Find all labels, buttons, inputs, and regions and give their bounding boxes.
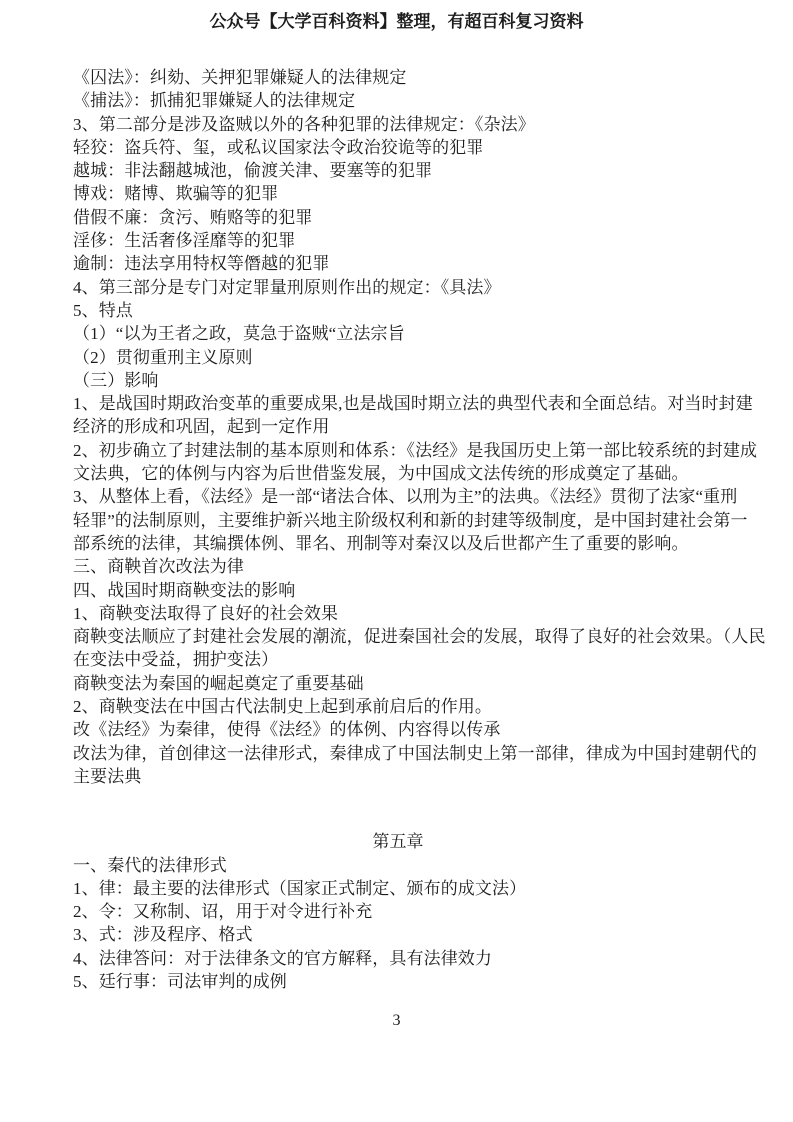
text-line: 商鞅变法为秦国的崛起奠定了重要基础 (73, 672, 723, 695)
text-line: 四、战国时期商鞅变法的影响 (73, 579, 723, 602)
text-line: 文法典，它的体例与内容为后世借鉴发展，为中国成文法传统的形成奠定了基础。 (73, 462, 723, 485)
text-line: 1、商鞅变法取得了良好的社会效果 (73, 602, 723, 625)
text-line: 1、是战国时期政治变革的重要成果,也是战国时期立法的典型代表和全面总结。对当时封… (73, 392, 723, 415)
text-line: 轻罪”的法制原则，主要维护新兴地主阶级权利和新的封建等级制度，是中国封建社会第一 (73, 509, 723, 532)
text-line: 借假不廉：贪污、贿赂等的犯罪 (73, 206, 723, 229)
text-line: 主要法典 (73, 765, 723, 788)
text-line: 博戏：赌博、欺骗等的犯罪 (73, 182, 723, 205)
text-line: 改法为律，首创律这一法律形式，秦律成了中国法制史上第一部律，律成为中国封建朝代的 (73, 742, 723, 765)
page-number: 3 (0, 1012, 793, 1030)
text-line: 部系统的法律，其编撰体例、罪名、刑制等对秦汉以及后世都产生了重要的影响。 (73, 532, 723, 555)
text-line: 2、令：又称制、诏，用于对令进行补充 (73, 900, 723, 923)
text-line: 轻狡：盗兵符、玺，或私议国家法令政治狡诡等的犯罪 (73, 136, 723, 159)
text-line: 5、廷行事：司法审判的成例 (73, 970, 723, 993)
text-line: （三）影响 (73, 369, 723, 392)
text-line: 《囚法》：纠劾、关押犯罪嫌疑人的法律规定 (73, 66, 723, 89)
text-line: 越城：非法翻越城池，偷渡关津、要塞等的犯罪 (73, 159, 723, 182)
text-line: 2、商鞅变法在中国古代法制史上起到承前启后的作用。 (73, 695, 723, 718)
text-line: 淫侈：生活奢侈淫靡等的犯罪 (73, 229, 723, 252)
text-line: 在变法中受益，拥护变法） (73, 648, 723, 671)
text-line: 5、特点 (73, 299, 723, 322)
text-line: 一、秦代的法律形式 (73, 854, 723, 877)
text-line: 4、法律答问：对于法律条文的官方解释，具有法律效力 (73, 947, 723, 970)
text-line: 2、初步确立了封建法制的基本原则和体系：《法经》是我国历史上第一部比较系统的封建… (73, 439, 723, 462)
document-page: 公众号【大学百科资料】整理，有超百科复习资料 《囚法》：纠劾、关押犯罪嫌疑人的法… (0, 0, 793, 1122)
chapter-heading: 第五章 (73, 830, 723, 853)
header-note: 公众号【大学百科资料】整理，有超百科复习资料 (0, 0, 793, 33)
text-line: 1、律：最主要的法律形式（国家正式制定、颁布的成文法） (73, 877, 723, 900)
text-line: 3、式：涉及程序、格式 (73, 923, 723, 946)
text-line: （2）贯彻重刑主义原则 (73, 346, 723, 369)
text-line: 3、第二部分是涉及盗贼以外的各种犯罪的法律规定：《杂法》 (73, 113, 723, 136)
text-line: 逾制：违法享用特权等僭越的犯罪 (73, 252, 723, 275)
text-line: 改《法经》为秦律，使得《法经》的体例、内容得以传承 (73, 718, 723, 741)
text-line: 《捕法》：抓捕犯罪嫌疑人的法律规定 (73, 89, 723, 112)
text-line: 4、第三部分是专门对定罪量刑原则作出的规定：《具法》 (73, 276, 723, 299)
text-line: 商鞅变法顺应了封建社会发展的潮流，促进秦国社会的发展，取得了良好的社会效果。（人… (73, 625, 723, 648)
text-line: （1）“以为王者之政，莫急于盗贼“立法宗旨 (73, 322, 723, 345)
text-line: 3、从整体上看，《法经》是一部“诸法合体、以刑为主”的法典。《法经》贯彻了法家“… (73, 485, 723, 508)
document-body: 《囚法》：纠劾、关押犯罪嫌疑人的法律规定 《捕法》：抓捕犯罪嫌疑人的法律规定 3… (73, 66, 723, 993)
text-line: 经济的形成和巩固，起到一定作用 (73, 415, 723, 438)
text-line: 三、商鞅首次改法为律 (73, 555, 723, 578)
